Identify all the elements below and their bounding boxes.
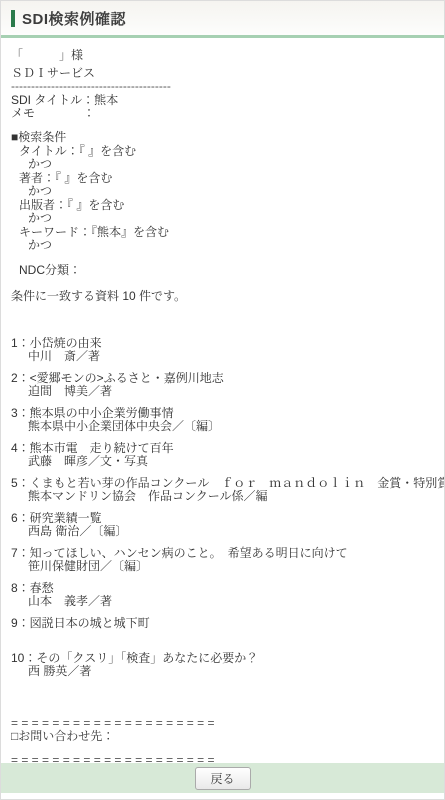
title-accent-bar	[11, 10, 15, 27]
result-item: 4：熊本市電 走り続けて百年 武藤 暉彦／文・写真	[11, 442, 436, 468]
result-title: 6：研究業績一覧	[11, 512, 436, 525]
result-item: 7：知ってほしい、ハンセン病のこと。 希望ある明日に向けて 笹川保健財団／〔編〕	[11, 547, 436, 573]
page: SDI検索例確認 「 」様 ＳＤＩサービス ------------------…	[0, 0, 445, 800]
result-item: 9：図説日本の城と城下町	[11, 617, 436, 643]
result-title: 2：<愛郷モンの>ふるさと・嘉例川地志	[11, 372, 436, 385]
condition-operator: かつ	[11, 239, 436, 253]
memo-line: メモ ：	[11, 107, 436, 120]
result-author	[11, 630, 436, 643]
search-condition: タイトル：『 』を含む かつ	[11, 145, 436, 172]
result-title: 7：知ってほしい、ハンセン病のこと。 希望ある明日に向けて	[11, 547, 436, 560]
search-condition: キーワード：『熊本』を含む かつ	[11, 226, 436, 253]
result-count: 条件に一致する資料 10 件です。	[11, 290, 436, 303]
condition-operator: かつ	[11, 185, 436, 199]
result-item: 2：<愛郷モンの>ふるさと・嘉例川地志 迫間 博美／著	[11, 372, 436, 398]
result-author: 中川 斎／著	[11, 350, 436, 363]
condition-operator: かつ	[11, 158, 436, 172]
page-title: SDI検索例確認	[22, 8, 126, 29]
result-author: 迫間 博美／著	[11, 385, 436, 398]
result-item: 1：小岱焼の由来 中川 斎／著	[11, 337, 436, 363]
result-item: 5：くまもと若い芽の作品コンクール ｆｏｒ ｍａｎｄｏｌｉｎ 金賞・特別賞受賞作…	[11, 477, 436, 503]
search-conditions: ■検索条件 タイトル：『 』を含む かつ 著者：『 』を含む かつ 出版者：『 …	[11, 131, 436, 253]
footer-bar: 戻る	[1, 763, 444, 793]
result-item: 8：春愁 山本 義孝／著	[11, 582, 436, 608]
search-condition: 著者：『 』を含む かつ	[11, 172, 436, 199]
result-title: 9：図説日本の城と城下町	[11, 617, 436, 630]
recipient-line: 「 」様	[11, 49, 436, 62]
separator-line-bottom: = = = = = = = = = = = = = = = = = = = =	[11, 754, 436, 764]
content: 「 」様 ＳＤＩサービス ---------------------------…	[1, 38, 444, 763]
result-author: 熊本県中小企業団体中央会／〔編〕	[11, 420, 436, 433]
divider-dashes: ----------------------------------------	[11, 80, 436, 93]
condition-field: 出版者：『 』を含む	[11, 199, 436, 213]
condition-operator: かつ	[11, 212, 436, 226]
search-condition: 出版者：『 』を含む かつ	[11, 199, 436, 226]
result-title: 10：その「クスリ」「検査」あなたに必要か？	[11, 652, 436, 665]
condition-field: 著者：『 』を含む	[11, 172, 436, 186]
result-title: 8：春愁	[11, 582, 436, 595]
results-list: 1：小岱焼の由来 中川 斎／著 2：<愛郷モンの>ふるさと・嘉例川地志 迫間 博…	[11, 337, 436, 678]
conditions-heading: ■検索条件	[11, 131, 436, 145]
condition-field: タイトル：『 』を含む	[11, 145, 436, 159]
header: SDI検索例確認	[1, 1, 444, 38]
result-author: 西島 衛治／〔編〕	[11, 525, 436, 538]
result-author: 山本 義孝／著	[11, 595, 436, 608]
result-author: 笹川保健財団／〔編〕	[11, 560, 436, 573]
result-title: 5：くまもと若い芽の作品コンクール ｆｏｒ ｍａｎｄｏｌｉｎ 金賞・特別賞受賞作…	[11, 477, 436, 490]
result-item: 3：熊本県の中小企業労働事情 熊本県中小企業団体中央会／〔編〕	[11, 407, 436, 433]
result-author: 熊本マンドリン協会 作品コンクール係／編	[11, 490, 436, 503]
result-item: 6：研究業績一覧 西島 衛治／〔編〕	[11, 512, 436, 538]
bottom-strip	[1, 793, 444, 799]
condition-field: キーワード：『熊本』を含む	[11, 226, 436, 240]
result-author: 武藤 暉彦／文・写真	[11, 455, 436, 468]
result-title: 1：小岱焼の由来	[11, 337, 436, 350]
result-item: 10：その「クスリ」「検査」あなたに必要か？ 西 勝英／著	[11, 652, 436, 678]
separator-line-top: = = = = = = = = = = = = = = = = = = = =	[11, 717, 436, 730]
result-title: 3：熊本県の中小企業労働事情	[11, 407, 436, 420]
result-title: 4：熊本市電 走り続けて百年	[11, 442, 436, 455]
ndc-line: NDC分類：	[11, 264, 436, 277]
back-button[interactable]: 戻る	[195, 767, 251, 790]
result-author: 西 勝英／著	[11, 665, 436, 678]
contact-label: □お問い合わせ先：	[11, 730, 436, 743]
